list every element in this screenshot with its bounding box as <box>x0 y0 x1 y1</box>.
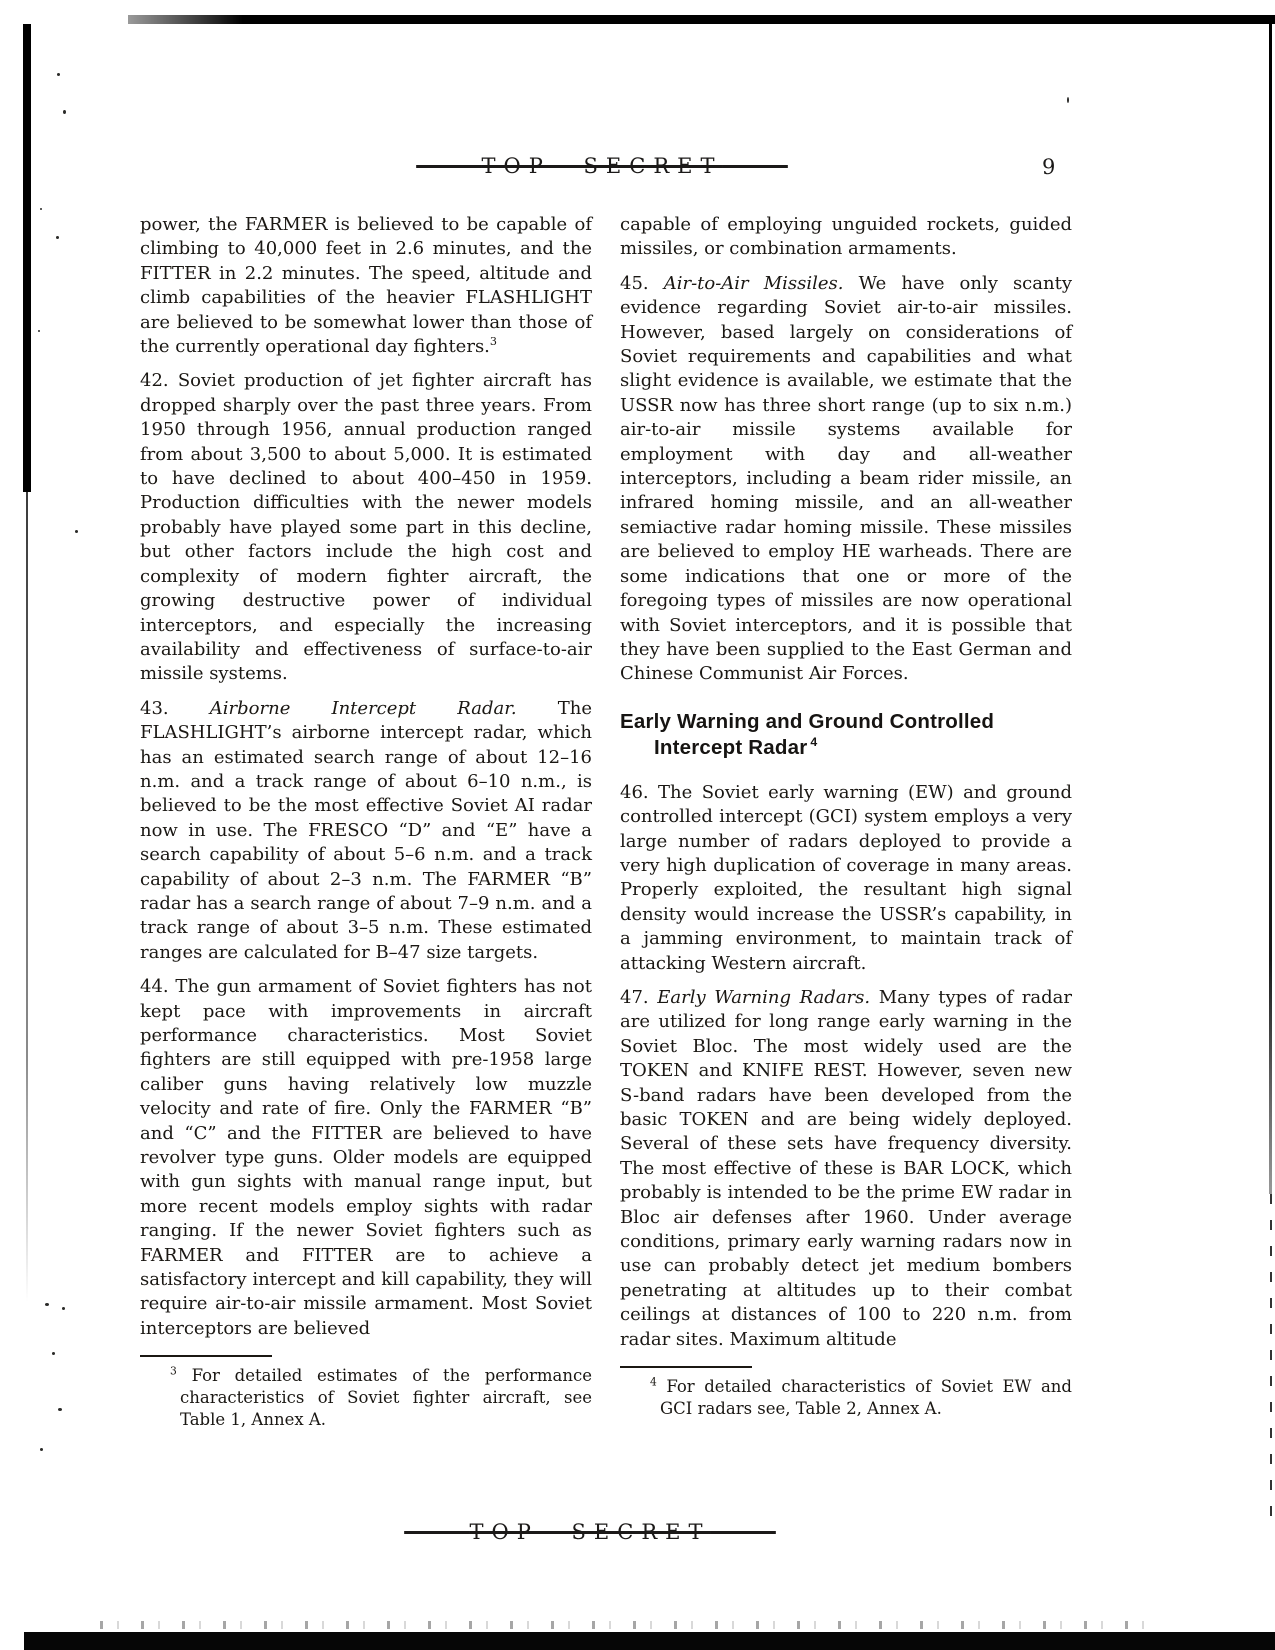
scan-artifact-left-bar <box>23 24 31 492</box>
paragraph-number: 42. <box>140 370 169 391</box>
section-heading-text: Early Warning and Ground Controlled Inte… <box>620 710 994 759</box>
scan-speck <box>56 236 59 239</box>
text-columns: power, the FARMER is believed to be capa… <box>140 213 1072 1431</box>
paragraph-number: 44. <box>140 976 169 997</box>
paragraph-46: 46. The Soviet early warning (EW) and gr… <box>620 781 1072 976</box>
paragraph-number: 46. <box>620 782 649 803</box>
footnote-marker: 4 <box>650 1376 657 1389</box>
paragraph-continuation: power, the FARMER is believed to be capa… <box>140 213 592 359</box>
paragraph-47: 47. Early Warning Radars. Many types of … <box>620 986 1072 1352</box>
paragraph-44: 44. The gun armament of Soviet fighters … <box>140 975 592 1341</box>
classification-banner-bottom: TOP SECRET <box>404 1520 776 1544</box>
footnote-body: For detailed estimates of the performanc… <box>180 1366 592 1429</box>
scan-artifact-right-dashes <box>1270 1194 1272 1524</box>
footnote-3: 3 For detailed estimates of the performa… <box>140 1355 592 1431</box>
paragraph-body: We have only scanty evidence regarding S… <box>620 273 1072 685</box>
scan-artifact-right-line <box>1269 24 1272 1194</box>
paragraph-body: The Soviet early warning (EW) and ground… <box>620 782 1072 974</box>
paragraph-body: The gun armament of Soviet fighters has … <box>140 976 592 1339</box>
page-header: TOP SECRET <box>0 154 1204 178</box>
paragraph-lead-italic: Air-to-Air Missiles. <box>664 273 844 294</box>
scan-speck <box>40 208 42 210</box>
scan-speck <box>63 110 66 114</box>
paragraph-body: Soviet production of jet fighter aircraf… <box>140 370 592 684</box>
right-column: capable of employing unguided rockets, g… <box>620 213 1072 1431</box>
paragraph-43: 43. Airborne Intercept Radar. The FLASHL… <box>140 697 592 965</box>
scan-artifact-left-line <box>26 492 28 1302</box>
scan-speck <box>52 1352 55 1355</box>
scan-speck <box>75 530 78 533</box>
paragraph-body: The FLASHLIGHT’s airborne intercept rada… <box>140 698 592 963</box>
scan-speck <box>58 1408 62 1411</box>
footnote-reference: 4 <box>810 735 817 749</box>
scan-speck <box>45 1303 49 1306</box>
paragraph-continuation: capable of employing unguided rockets, g… <box>620 213 1072 262</box>
paragraph-number: 47. <box>620 987 649 1008</box>
left-column: power, the FARMER is believed to be capa… <box>140 213 592 1431</box>
scan-artifact-top-bar <box>128 15 1275 24</box>
footnote-reference: 3 <box>490 335 497 348</box>
paragraph-number: 45. <box>620 273 649 294</box>
scan-speck <box>57 73 60 76</box>
scan-artifact-bottom-bar <box>24 1632 1275 1650</box>
footnote-text: 4 For detailed characteristics of Soviet… <box>620 1376 1072 1420</box>
paragraph-45: 45. Air-to-Air Missiles. We have only sc… <box>620 272 1072 687</box>
classification-banner-top: TOP SECRET <box>416 154 788 178</box>
paragraph-body: capable of employing unguided rockets, g… <box>620 214 1072 259</box>
footnote-4: 4 For detailed characteristics of Soviet… <box>620 1366 1072 1420</box>
paragraph-number: 43. <box>140 698 169 719</box>
paragraph-lead-italic: Early Warning Radars. <box>657 987 870 1008</box>
paragraph-lead-italic: Airborne Intercept Radar. <box>210 698 517 719</box>
scan-speck <box>40 1448 43 1451</box>
paragraph-body: power, the FARMER is believed to be capa… <box>140 214 592 357</box>
scan-speck <box>1067 97 1069 103</box>
footnote-marker: 3 <box>170 1365 177 1378</box>
page-footer: TOP SECRET <box>0 1520 1180 1544</box>
scan-artifact-bottom-noise <box>100 1621 1160 1629</box>
footnote-rule <box>140 1355 272 1357</box>
footnote-body: For detailed characteristics of Soviet E… <box>660 1377 1072 1418</box>
document-page: TOP SECRET 9 power, the FARMER is believ… <box>0 0 1275 1650</box>
scan-speck <box>38 330 40 332</box>
paragraph-body: Many types of radar are utilized for lon… <box>620 987 1072 1350</box>
section-heading-ew-gci-radar: Early Warning and Ground Controlled Inte… <box>620 709 1072 761</box>
paragraph-42: 42. Soviet production of jet fighter air… <box>140 369 592 686</box>
footnote-rule <box>620 1366 752 1368</box>
scan-speck <box>62 1307 65 1310</box>
page-number: 9 <box>1042 155 1055 179</box>
footnote-text: 3 For detailed estimates of the performa… <box>140 1365 592 1431</box>
